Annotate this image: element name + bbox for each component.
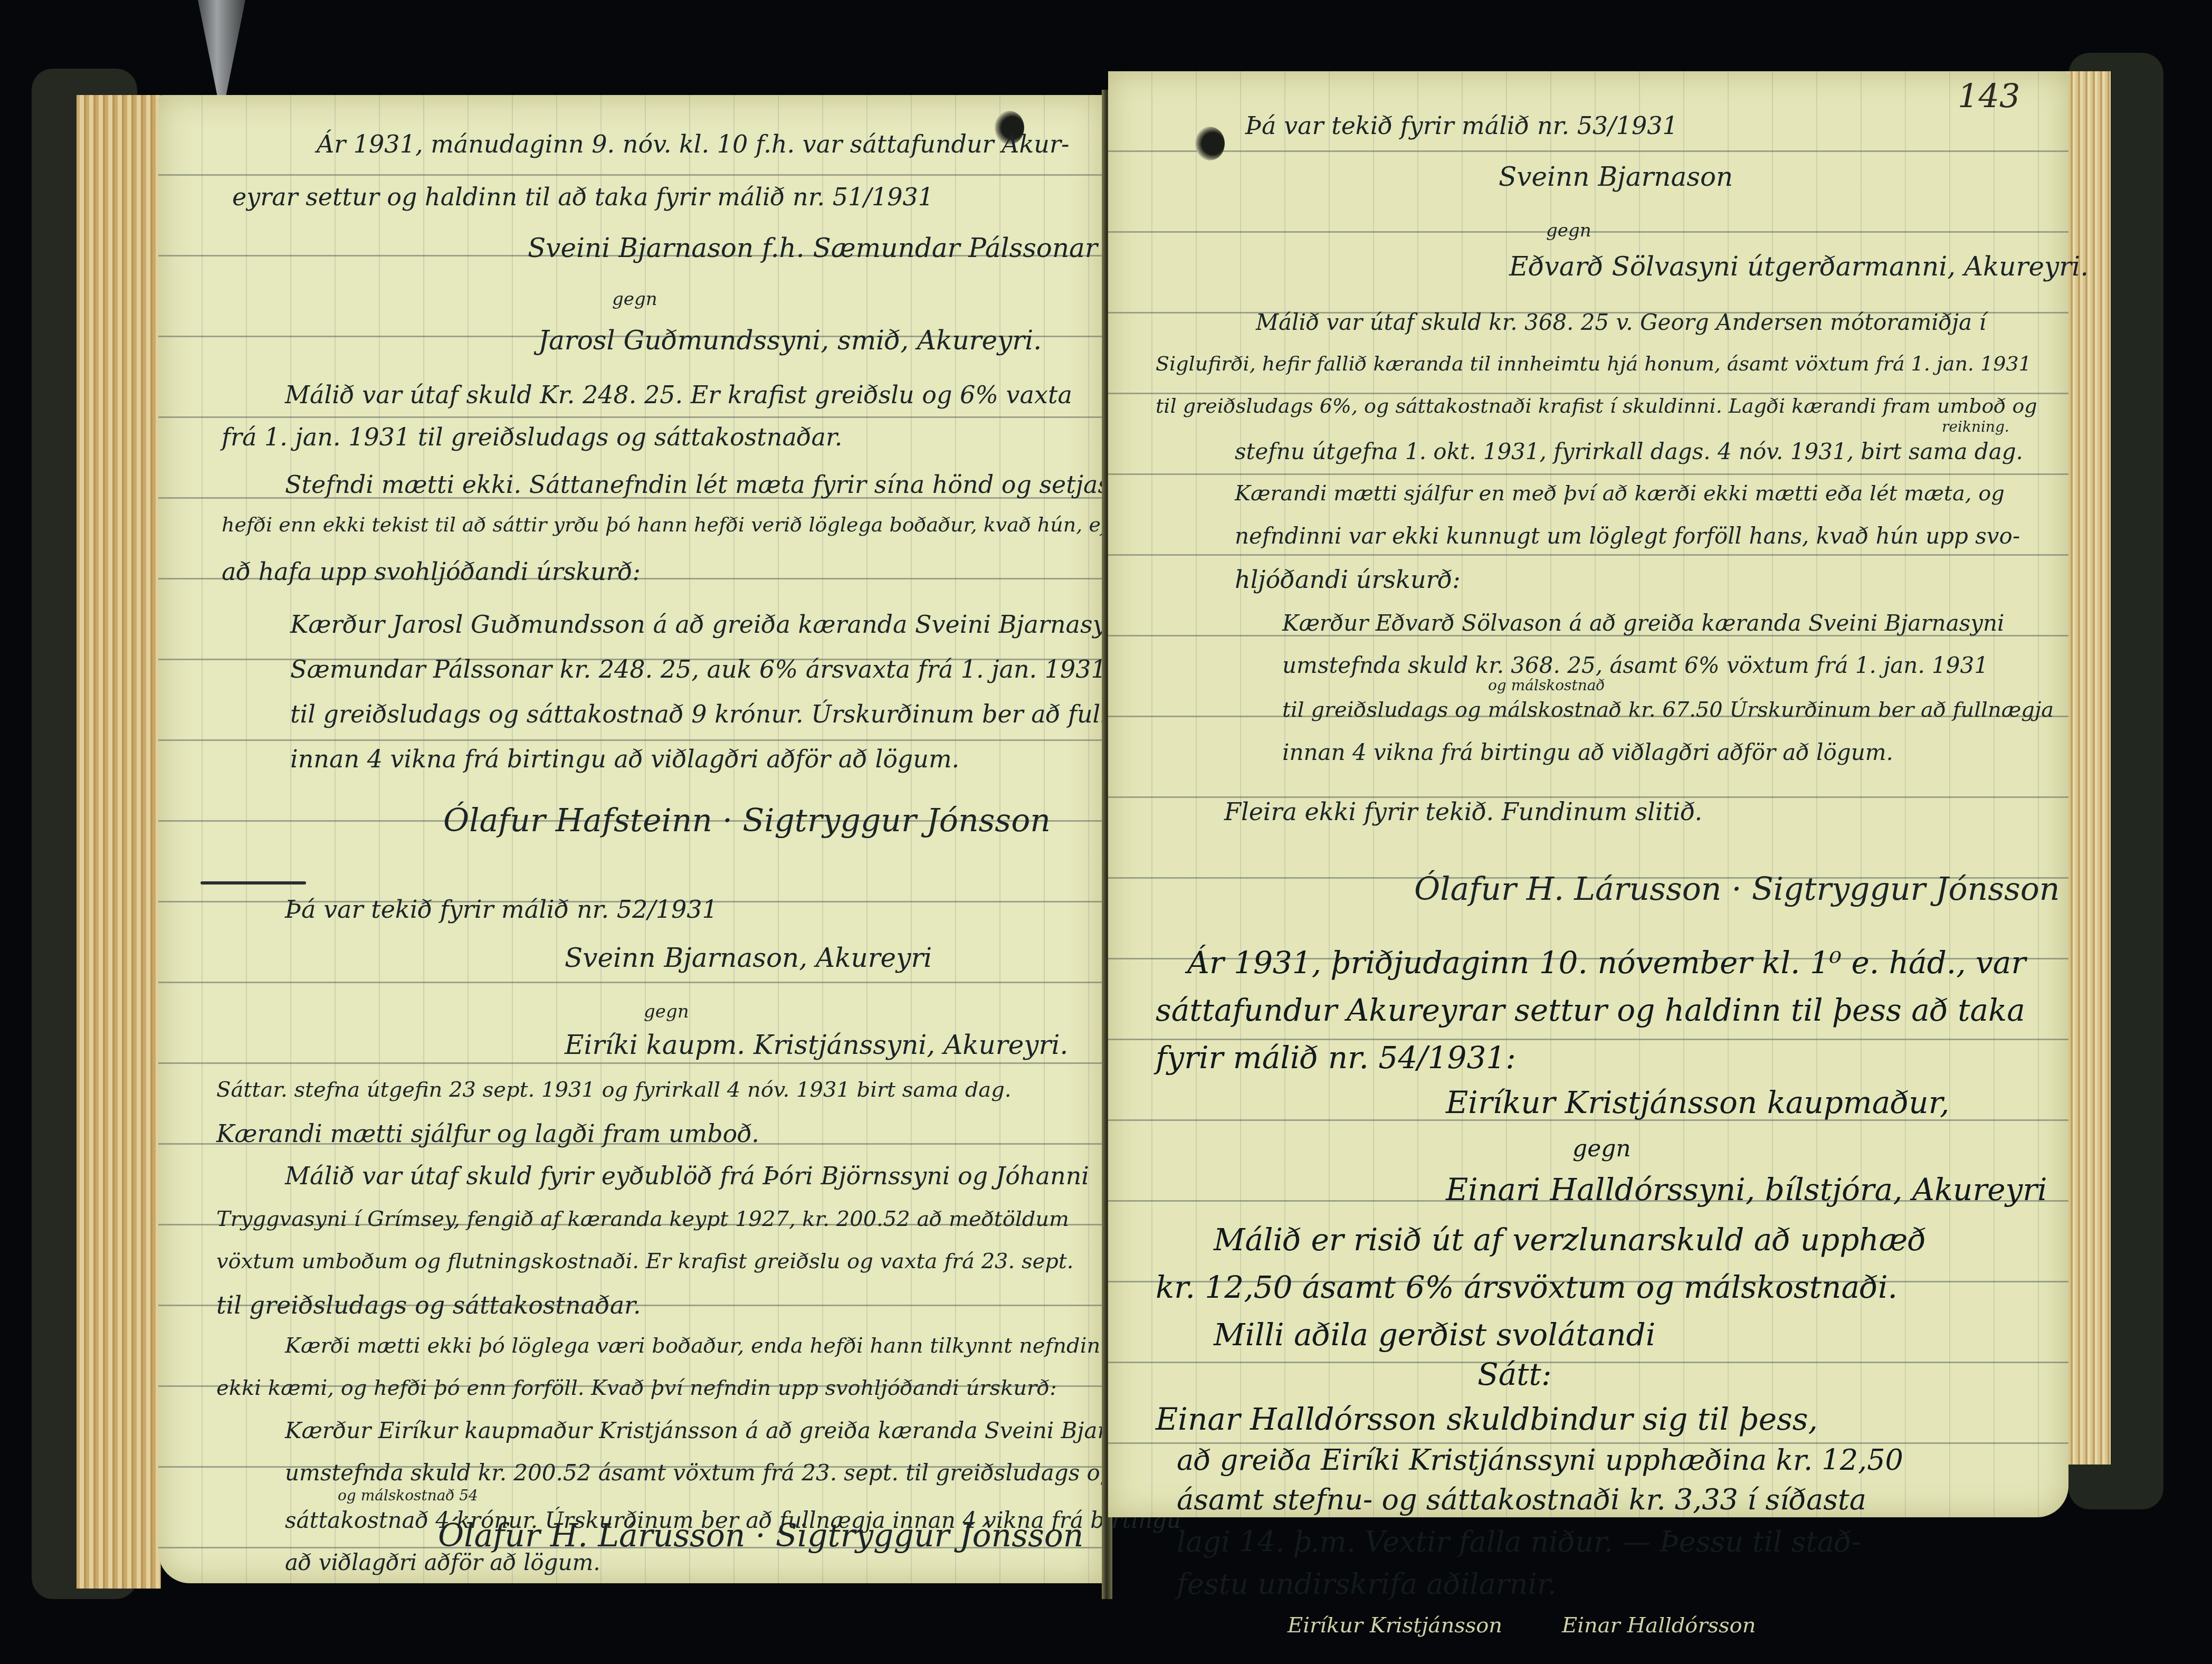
entry-52-insertion-note: og málskostnað 54 xyxy=(338,1488,478,1503)
entry-52-signature: Ólafur H. Lárusson · Sigtryggur Jónsson xyxy=(438,1520,1084,1552)
entry-51-opening-line-1: Ár 1931, mánudaginn 9. nóv. kl. 10 f.h. … xyxy=(317,132,1069,156)
entry-53-ruling-1: Kærður Eðvarð Sölvason á að greiða kæran… xyxy=(1282,612,2004,634)
entry-52-ruling-2: umstefnda skuld kr. 200.52 ásamt vöxtum … xyxy=(285,1462,1114,1484)
entry-52-ruling-1: Kærður Eiríkur kaupmaður Kristjánsson á … xyxy=(285,1420,1180,1442)
page-stack-left xyxy=(77,95,161,1589)
entry-54-signature-defendant: Einar Halldórsson xyxy=(1562,1615,1756,1636)
entry-52-versus: gegn xyxy=(644,1003,689,1021)
entry-54-signature-plaintiff: Eiríkur Kristjánsson xyxy=(1288,1615,1502,1636)
entry-54-body-3: Milli aðila gerðist svolátandi xyxy=(1214,1319,1655,1350)
entry-53-body-7: hljóðandi úrskurð: xyxy=(1235,567,1461,592)
left-page: Ár 1931, mánudaginn 9. nóv. kl. 10 f.h. … xyxy=(158,95,1103,1583)
entry-52-ruling-4: að viðlagðri aðför að lögum. xyxy=(285,1552,600,1574)
entry-51-ruling-2: Sæmundar Pálssonar kr. 248. 25, auk 6% á… xyxy=(290,657,1107,681)
entry-53-body-4: stefnu útgefna 1. okt. 1931, fyrirkall d… xyxy=(1235,441,2023,463)
entry-54-opening-1: Ár 1931, þriðjudaginn 10. nóvember kl. 1… xyxy=(1187,947,2026,978)
entry-52-heading: Þá var tekið fyrir málið nr. 52/1931 xyxy=(285,897,718,921)
entry-54-settlement-2: að greiða Eiríki Kristjánssyni upphæðina… xyxy=(1177,1446,1903,1475)
entry-53-ruling-4: innan 4 vikna frá birtingu að viðlagðri … xyxy=(1282,741,1893,764)
entry-52-body-7: Kærði mætti ekki þó löglega væri boðaður… xyxy=(285,1335,1213,1356)
entry-53-plaintiff: Sveinn Bjarnason xyxy=(1499,164,1733,190)
entry-54-settlement-5: festu undirskrifa aðilarnir. xyxy=(1177,1570,1557,1599)
entry-51-body-5: að hafa upp svohljóðandi úrskurð: xyxy=(222,559,641,584)
entry-51-body-1: Málið var útaf skuld Kr. 248. 25. Er kra… xyxy=(285,383,1072,407)
entry-51-ruling-3: til greiðsludags og sáttakostnað 9 krónu… xyxy=(290,702,1184,726)
entry-52-body-8: ekki kæmi, og hefði þó enn forföll. Kvað… xyxy=(216,1377,1057,1399)
entry-52-plaintiff: Sveinn Bjarnason, Akureyri xyxy=(565,945,932,971)
entry-54-defendant: Einari Halldórssyni, bílstjóra, Akureyri xyxy=(1446,1174,2047,1205)
entry-54-plaintiff: Eiríkur Kristjánsson kaupmaður, xyxy=(1446,1087,1950,1118)
entry-53-body-5: Kærandi mætti sjálfur en með því að kærð… xyxy=(1235,483,2005,504)
entry-54-body-1: Málið er risið út af verzlunarskuld að u… xyxy=(1214,1224,1926,1255)
entry-52-body-2: Kærandi mætti sjálfur og lagði fram umbo… xyxy=(216,1121,759,1146)
entry-52-body-4: Tryggvasyni í Grímsey, fengið af kæranda… xyxy=(216,1209,1069,1230)
entry-51-body-2: frá 1. jan. 1931 til greiðsludags og sát… xyxy=(222,425,842,449)
entry-53-body-6: nefndinni var ekki kunnugt um löglegt fo… xyxy=(1235,525,2020,547)
entry-52-body-1: Sáttar. stefna útgefin 23 sept. 1931 og … xyxy=(216,1079,1011,1100)
entry-53-closing: Fleira ekki fyrir tekið. Fundinum slitið… xyxy=(1224,800,1702,824)
entry-53-defendant: Eðvarð Sölvasyni útgerðarmanni, Akureyri… xyxy=(1509,253,2089,280)
entry-51-body-4: hefði enn ekki tekist til að sáttir yrðu… xyxy=(222,515,1132,535)
entry-52-body-5: vöxtum umboðum og flutningskostnaði. Er … xyxy=(216,1251,1074,1272)
entry-52-body-6: til greiðsludags og sáttakostnaðar. xyxy=(216,1293,641,1317)
entry-51-ruling-1: Kærður Jarosl Guðmundsson á að greiða kæ… xyxy=(290,612,1177,636)
entry-53-versus: gegn xyxy=(1546,222,1591,240)
entry-51-defendant: Jarosl Guðmundssyni, smið, Akureyri. xyxy=(538,327,1042,354)
entry-53-ruling-3: til greiðsludags og málskostnað kr. 67.5… xyxy=(1282,699,2054,720)
entry-51-ruling-4: innan 4 vikna frá birtingu að viðlagðri … xyxy=(290,747,959,771)
entry-53-body-1: Málið var útaf skuld kr. 368. 25 v. Geor… xyxy=(1256,311,1986,334)
entry-54-opening-3: fyrir málið nr. 54/1931: xyxy=(1156,1042,1516,1073)
entry-53-body-2: Siglufirði, hefir fallið kæranda til inn… xyxy=(1156,354,2032,374)
page-number: 143 xyxy=(1958,77,2020,115)
entry-51-plaintiff: Sveini Bjarnason f.h. Sæmundar Pálssonar xyxy=(528,235,1098,261)
entry-53-margin-note: reikning. xyxy=(1942,420,2009,434)
entry-54-body-2: kr. 12,50 ásamt 6% ársvöxtum og málskost… xyxy=(1156,1272,1898,1302)
entry-54-settlement-1: Einar Halldórsson skuldbindur sig til þe… xyxy=(1156,1404,1818,1434)
entry-51-signature: Ólafur Hafsteinn · Sigtryggur Jónsson xyxy=(443,805,1051,836)
entry-53-body-3: til greiðsludags 6%, og sáttakostnaði kr… xyxy=(1156,396,2037,416)
entry-divider xyxy=(201,881,306,885)
entry-53-signature: Ólafur H. Lárusson · Sigtryggur Jónsson xyxy=(1414,873,2060,905)
entry-51-versus: gegn xyxy=(612,290,657,308)
entry-54-versus: gegn xyxy=(1572,1137,1631,1161)
entry-52-defendant: Eiríki kaupm. Kristjánssyni, Akureyri. xyxy=(565,1032,1068,1058)
entry-54-settlement-4: lagi 14. þ.m. Vextir falla niður. — Þess… xyxy=(1177,1528,1861,1556)
entry-54-opening-2: sáttafundur Akureyrar settur og haldinn … xyxy=(1156,995,2025,1025)
entry-53-insertion-note: og málskostnað xyxy=(1488,678,1605,693)
entry-53-heading: Þá var tekið fyrir málið nr. 53/1931 xyxy=(1245,113,1678,138)
punch-hole xyxy=(1195,127,1225,160)
entry-54-settlement-3: ásamt stefnu- og sáttakostnaði kr. 3,33 … xyxy=(1177,1486,1866,1514)
right-page: 143 Þá var tekið fyrir málið nr. 53/1931… xyxy=(1108,71,2068,1517)
entry-54-settlement-heading: Sátt: xyxy=(1477,1359,1551,1390)
entry-52-body-3: Málið var útaf skuld fyrir eyðublöð frá … xyxy=(285,1164,1089,1188)
entry-51-opening-line-2: eyrar settur og haldinn til að taka fyri… xyxy=(232,185,933,209)
entry-53-ruling-2: umstefnda skuld kr. 368. 25, ásamt 6% vö… xyxy=(1282,654,1988,677)
entry-51-body-3: Stefndi mætti ekki. Sáttanefndin lét mæt… xyxy=(285,472,1120,497)
